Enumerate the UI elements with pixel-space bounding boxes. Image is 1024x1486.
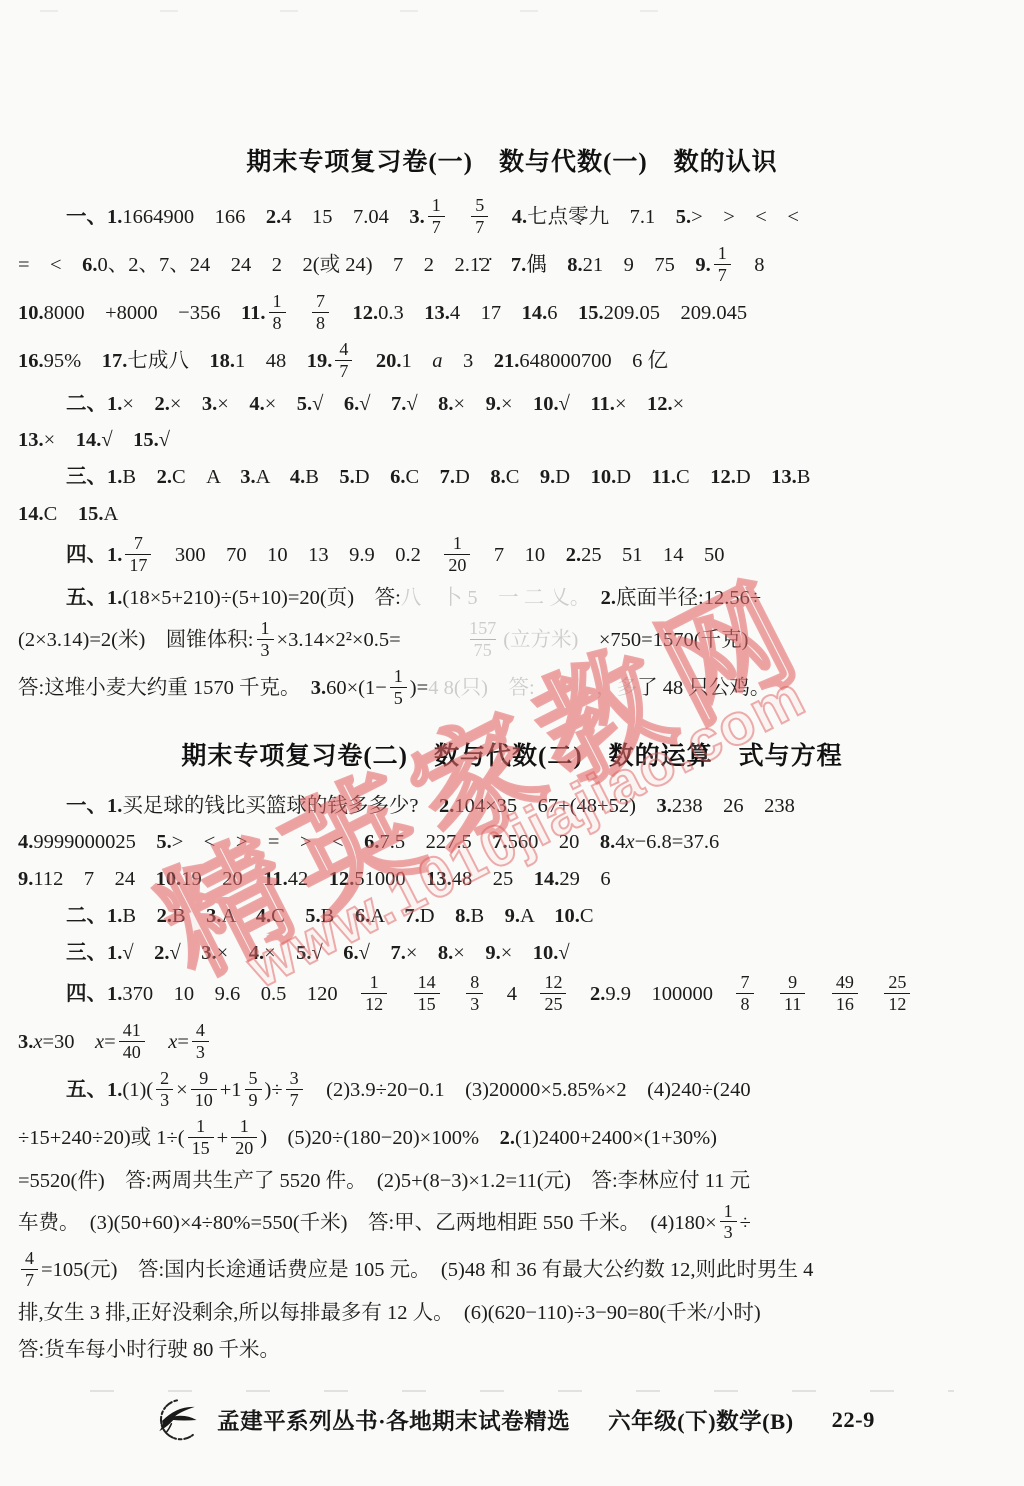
answer-text: = <	[18, 254, 82, 276]
item-number: 5.	[296, 942, 311, 964]
answer-text: ×	[673, 393, 685, 415]
section-title: 期末专项复习卷(二) 数与代数(二) 数的运算 式与方程	[10, 736, 1014, 772]
answer-text: )=	[410, 677, 428, 699]
item-number: 12.	[329, 868, 355, 890]
answer-text: ×	[176, 1079, 188, 1101]
item-number: 16.	[18, 350, 44, 372]
answer-line: 二、1.B 2.B 3.A 4.C 5.B 6.A 7.D 8.B 9.A 10…	[10, 902, 1014, 932]
answer-text: 370 10 9.6 0.5 120	[122, 983, 358, 1005]
item-number: 4.	[290, 466, 305, 488]
answer-text: B	[470, 905, 504, 927]
footer-series: 孟建平系列丛书·各地期末试卷精选	[217, 1404, 570, 1436]
item-number: 7.	[440, 466, 455, 488]
item-number: 2.	[154, 393, 169, 415]
answer-text: 买足球的钱比买篮球的钱多多少?	[122, 795, 439, 817]
answer-text	[332, 302, 353, 324]
fraction: 47	[21, 1249, 38, 1290]
item-number: 6.	[390, 466, 405, 488]
answer-text: √	[312, 942, 344, 964]
answer-text: 4 15 7.04	[281, 206, 409, 228]
item-number: 8.	[490, 466, 505, 488]
answer-text: 112 7 24	[33, 868, 155, 890]
answer-text: ×	[406, 942, 438, 964]
section-title: 期末专项复习卷(一) 数与代数(一) 数的认识	[10, 142, 1014, 178]
item-number: 7.	[511, 254, 526, 276]
item-number: 3.	[201, 942, 216, 964]
answer-text: 4	[615, 831, 625, 853]
answer-text: √	[312, 393, 344, 415]
answer-text: B	[797, 466, 811, 488]
item-number: 6.	[344, 393, 359, 415]
item-number: 9.	[485, 942, 500, 964]
fraction: 115	[188, 1117, 214, 1158]
item-number: 4.	[256, 905, 271, 927]
answer-text: 21 9 75	[583, 254, 696, 276]
item-number: 8.	[567, 254, 582, 276]
answer-text: √	[159, 429, 170, 451]
item-number: 13.	[424, 302, 450, 324]
answer-text: 300 70 10 13 9.9 0.2	[154, 545, 441, 567]
item-number: 12.	[647, 393, 673, 415]
answer-line: 13.× 14.√ 15.√	[10, 426, 1014, 456]
answer-text: C	[506, 466, 540, 488]
answer-text	[861, 983, 882, 1005]
answer-text: D	[555, 466, 590, 488]
answer-text	[569, 983, 590, 1005]
item-number: 3.	[311, 677, 326, 699]
fraction: 17	[714, 244, 731, 285]
scanned-answer-page: { "watermark": { "brand": "精英家教网", "url"…	[0, 0, 1024, 1486]
item-number: 8.	[438, 942, 453, 964]
fraction: 78	[312, 292, 329, 333]
answer-text: A	[370, 905, 404, 927]
item-number: 14.	[534, 868, 560, 890]
item-number: 9.	[486, 393, 501, 415]
answer-text: ×	[454, 393, 486, 415]
answer-text: ×	[501, 942, 533, 964]
item-number: 9.	[18, 868, 33, 890]
item-number: 3.	[240, 466, 255, 488]
answer-text: =5520(件) 答:两周共生产了 5520 件。 (2)5+(8−3)×1.2…	[18, 1170, 750, 1192]
fraction: 112	[361, 973, 387, 1014]
fraction: 83	[466, 973, 483, 1014]
answer-text: ×	[122, 393, 154, 415]
answer-text: 车费。 (3)(50+60)×4÷80%=550(千米) 答:甲、乙两地相距 5…	[18, 1212, 717, 1234]
fraction: 13	[720, 1202, 737, 1243]
answer-text: ) (5)20÷(180−20)×100%	[260, 1127, 499, 1149]
answer-text: (2)3.9÷20−0.1 (3)20000×5.85%×2 (4)240÷(2…	[306, 1079, 751, 1101]
obscured-text: (立方米)	[503, 629, 578, 651]
answer-text	[757, 983, 778, 1005]
answer-line: = < 6.0、2、7、24 24 2 2(或 24) 7 2 2.1̇2̇ 7…	[10, 246, 1014, 287]
answer-text: +1	[220, 1079, 242, 1101]
item-number: 9.	[505, 905, 520, 927]
answer-text: √	[406, 393, 438, 415]
answer-text: B	[172, 905, 206, 927]
answer-text: 0、2、7、24 24 2 2(或 24) 7 2 2.1̇2̇	[98, 254, 511, 276]
answer-text: 104×35 67+(48+52)	[454, 795, 656, 817]
item-number: 7.	[390, 942, 405, 964]
answer-line: 五、1.(18×5+210)÷(5+10)=20(页) 答:八 卜 5 一 二 …	[10, 584, 1014, 614]
answers-content: 期末专项复习卷(一) 数与代数(一) 数的认识一、1.1664900 166 2…	[0, 0, 1024, 1366]
answer-text: A	[256, 466, 290, 488]
fraction: 717	[125, 534, 151, 575]
footer: 孟建平系列丛书·各地期末试卷精选 六年级(下)数学(B) 22-9	[0, 1396, 1024, 1444]
item-number: 2.	[566, 545, 581, 567]
item-number: 四、1.	[66, 545, 122, 567]
item-number: 15.	[133, 429, 159, 451]
fraction: 57	[471, 196, 488, 237]
item-number: 6.	[364, 831, 379, 853]
fraction: 17	[428, 196, 445, 237]
answer-text	[289, 302, 310, 324]
answer-text: D	[736, 466, 771, 488]
item-number: 14.	[18, 503, 44, 525]
answer-text: x	[95, 1031, 104, 1053]
item-number: 2.	[500, 1127, 515, 1149]
answer-line: 4.9999000025 5.> < > = > < 6.7.5 227.5 7…	[10, 828, 1014, 858]
answer-text: 期末专项复习卷(二) 数与代数(二) 数的运算 式与方程	[181, 743, 842, 770]
item-number: 14.	[76, 429, 102, 451]
answer-text: −6.8=37.6	[635, 831, 720, 853]
answer-text: 9999000025	[33, 831, 156, 853]
answer-text: 238 26 238	[672, 795, 795, 817]
answer-text	[390, 983, 411, 1005]
item-number: 5.	[305, 905, 320, 927]
fraction: 120	[444, 534, 470, 575]
item-number: 3.	[409, 206, 424, 228]
footer-grade: 六年级(下)数学(B)	[608, 1404, 793, 1436]
item-number: 10.	[554, 905, 580, 927]
answer-text: √	[101, 429, 133, 451]
answer-line: 9.112 7 24 10.19 20 11.42 12.51000 13.48…	[10, 865, 1014, 895]
obscured-text: 八 卜 5 一 二 乂。	[401, 587, 580, 609]
answer-line: ÷15+240÷20)或 1÷(115+120) (5)20÷(180−20)×…	[10, 1119, 1014, 1160]
item-number: 5.	[339, 466, 354, 488]
item-number: 2.	[439, 795, 454, 817]
answer-text: 排,女生 3 排,正好没剩余,所以每排最多有 12 人。 (6)(620−110…	[18, 1302, 761, 1324]
item-number: 三、1.	[66, 466, 122, 488]
item-number: 10.	[533, 942, 559, 964]
fraction: 1415	[414, 973, 440, 1014]
answer-text: 底面半径:12.56÷	[616, 587, 761, 609]
answer-text: C	[580, 905, 594, 927]
answer-line: 答:这堆小麦大约重 1570 千克。 3.60×(1−15)=4 8(只) 答:…	[10, 669, 1014, 710]
item-number: 11.	[590, 393, 615, 415]
answer-text: C	[676, 466, 710, 488]
answer-text: 7 10	[473, 545, 565, 567]
item-number: 10.	[18, 302, 44, 324]
item-number: 9.	[540, 466, 555, 488]
answer-text: 60×(1−	[326, 677, 387, 699]
item-number: 一、1.	[66, 206, 122, 228]
answer-text: C	[405, 466, 439, 488]
answer-text: A	[222, 905, 256, 927]
answer-line: 一、1.买足球的钱比买篮球的钱多多少? 2.104×35 67+(48+52) …	[10, 792, 1014, 822]
answer-text: 七成八	[127, 350, 209, 372]
item-number: 7.	[391, 393, 406, 415]
answer-text: 19 20	[181, 868, 263, 890]
answer-text: D	[455, 466, 490, 488]
answer-text: ×	[217, 393, 249, 415]
item-number: 2.	[266, 206, 281, 228]
item-number: 8.	[438, 393, 453, 415]
answer-text: 七点零九 7.1	[527, 206, 676, 228]
item-number: 2.	[157, 905, 172, 927]
answer-text: D	[420, 905, 455, 927]
answer-text: 1	[401, 350, 432, 372]
fraction: 59	[245, 1069, 262, 1110]
answer-text: =30	[42, 1031, 95, 1053]
answer-text: ×	[501, 393, 533, 415]
item-number: 四、1.	[66, 983, 122, 1005]
answer-text: 29 6	[559, 868, 610, 890]
answer-text: √	[170, 942, 202, 964]
answer-text: √	[558, 942, 569, 964]
item-number: 2.	[601, 587, 616, 609]
answer-text: (1)2400+2400×(1+30%)	[515, 1127, 717, 1149]
fraction: 4140	[119, 1021, 145, 1062]
answer-text: x	[626, 831, 635, 853]
item-number: 10.	[156, 868, 182, 890]
item-number: 13.	[426, 868, 452, 890]
answer-text: ×	[217, 942, 249, 964]
answer-text: 42	[288, 868, 329, 890]
item-number: 11.	[652, 466, 677, 488]
answer-text: B	[305, 466, 339, 488]
fraction: 1225	[540, 973, 566, 1014]
item-number: 6.	[82, 254, 97, 276]
answer-text: 答:货车每小时行驶 80 千米。	[18, 1339, 280, 1361]
fraction: 4916	[832, 973, 858, 1014]
item-number: 17.	[102, 350, 128, 372]
answer-text: (1)(	[122, 1079, 153, 1101]
fraction: 2512	[884, 973, 910, 1014]
item-number: 2.	[590, 983, 605, 1005]
answer-text: B	[122, 466, 156, 488]
answer-text: 9.9 100000	[605, 983, 733, 1005]
fraction: 910	[191, 1069, 217, 1110]
fraction: 37	[286, 1069, 303, 1110]
item-number: 五、1.	[66, 1079, 122, 1101]
answer-line: =5520(件) 答:两周共生产了 5520 件。 (2)5+(8−3)×1.2…	[10, 1167, 1014, 1197]
fraction: 15	[390, 667, 407, 708]
answer-text: (2×3.14)=2(米) 圆锥体积:	[18, 629, 254, 651]
item-number: 3.	[202, 393, 217, 415]
answer-text: ×	[265, 393, 297, 415]
item-number: 5.	[156, 831, 171, 853]
fraction: 13	[257, 619, 274, 660]
fraction: 23	[156, 1069, 173, 1110]
item-number: 15.	[578, 302, 604, 324]
answer-text: √	[559, 393, 591, 415]
fraction: 43	[192, 1021, 209, 1062]
answer-text: B	[321, 905, 355, 927]
item-number: 7.	[404, 905, 419, 927]
item-number: 18.	[209, 350, 235, 372]
item-number: 2.	[157, 466, 172, 488]
answer-line: 3.x=30 x=4140 x=43	[10, 1023, 1014, 1064]
answer-text: 6	[547, 302, 578, 324]
answer-text: C	[44, 503, 78, 525]
item-number: 10.	[591, 466, 617, 488]
item-number: 二、1.	[66, 393, 122, 415]
answer-text: 1 48	[235, 350, 307, 372]
answer-text: =	[104, 1031, 116, 1053]
answer-line: 10.8000 +8000 −356 11.18 78 12.0.3 13.4 …	[10, 294, 1014, 335]
answer-text: 7.5 227.5	[380, 831, 493, 853]
item-number: 4.	[249, 942, 264, 964]
answer-text	[448, 206, 469, 228]
answer-text: A	[520, 905, 554, 927]
answer-text	[148, 1031, 169, 1053]
answer-text: ÷15+240÷20)或 1÷(	[18, 1127, 185, 1149]
obscured-text: 4 8(只) 答: ，多	[428, 677, 637, 699]
answer-text: 1664900 166	[122, 206, 266, 228]
item-number: 一、1.	[66, 795, 122, 817]
answer-text: 648000700 6 亿	[519, 350, 668, 372]
answer-line: 三、1.B 2.C A 3.A 4.B 5.D 6.C 7.D 8.C 9.D …	[10, 463, 1014, 493]
item-number: 20.	[376, 350, 402, 372]
answer-text: 560 20	[508, 831, 600, 853]
answer-text: 3	[442, 350, 493, 372]
item-number: 6.	[355, 905, 370, 927]
answer-line: 排,女生 3 排,正好没剩余,所以每排最多有 12 人。 (6)(620−110…	[10, 1299, 1014, 1329]
answer-text: D	[355, 466, 390, 488]
fraction: 18	[269, 292, 286, 333]
item-number: 8.	[455, 905, 470, 927]
answer-line: 二、1.× 2.× 3.× 4.× 5.√ 6.√ 7.√ 8.× 9.× 10…	[10, 390, 1014, 420]
answer-text: 4	[486, 983, 537, 1005]
answer-text: ×750=1570(千克)	[578, 629, 748, 651]
item-number: 4.	[249, 393, 264, 415]
answer-text: ×	[615, 393, 647, 415]
answer-line: (2×3.14)=2(米) 圆锥体积:13×3.14×2²×0.5= 15775…	[10, 621, 1014, 662]
fraction: 15775	[465, 619, 500, 660]
item-number: 15.	[78, 503, 104, 525]
answer-text: A	[103, 503, 118, 525]
answer-line: 14.C 15.A	[10, 500, 1014, 530]
answer-text: > > < <	[691, 206, 799, 228]
answer-text: a	[432, 350, 442, 372]
answer-line: 五、1.(1)(23×910+159)÷37 (2)3.9÷20−0.1 (3)…	[10, 1071, 1014, 1112]
item-number: 5.	[676, 206, 691, 228]
item-number: 3.	[656, 795, 671, 817]
answer-text: 期末专项复习卷(一) 数与代数(一) 数的认识	[246, 149, 777, 176]
answer-line: 四、1.717 300 70 10 13 9.9 0.2 120 7 10 2.…	[10, 536, 1014, 577]
fraction: 47	[335, 340, 352, 381]
answer-text: √	[122, 942, 154, 964]
fraction: 78	[736, 973, 753, 1014]
item-number: 13.	[771, 466, 797, 488]
answer-text: 25 51 14 50	[581, 545, 725, 567]
answer-line: 三、1.√ 2.√ 3.× 4.× 5.√ 6.√ 7.× 8.× 9.× 10…	[10, 939, 1014, 969]
answer-text: 8	[734, 254, 765, 276]
item-number: 12.	[353, 302, 379, 324]
item-number: 14.	[522, 302, 548, 324]
item-number: 2.	[154, 942, 169, 964]
answer-text	[491, 206, 512, 228]
item-number: 3.	[18, 1031, 33, 1053]
answer-text: =105(元) 答:国内长途通话费应是 105 元。 (5)48 和 36 有最…	[41, 1260, 813, 1282]
answer-line: 车费。 (3)(50+60)×4÷80%=550(千米) 答:甲、乙两地相距 5…	[10, 1204, 1014, 1245]
answer-text: 偶	[526, 254, 567, 276]
answer-text: ×	[170, 393, 202, 415]
answer-text: 4 17	[450, 302, 522, 324]
answer-text: 209.05 209.045	[604, 302, 748, 324]
answer-line: 16.95% 17.七成八 18.1 48 19.47 20.1 a 3 21.…	[10, 342, 1014, 383]
answer-text: )÷	[265, 1079, 283, 1101]
item-number: 3.	[206, 905, 221, 927]
answer-text: 51000	[354, 868, 426, 890]
answer-text: +	[217, 1127, 229, 1149]
item-number: 21.	[494, 350, 520, 372]
item-number: 二、1.	[66, 905, 122, 927]
fraction: 120	[231, 1117, 257, 1158]
answer-text: B	[122, 905, 156, 927]
item-number: 4.	[18, 831, 33, 853]
answer-text	[808, 983, 829, 1005]
answer-text: 了 48 只公鸡。	[637, 677, 770, 699]
item-number: 8.	[600, 831, 615, 853]
answer-line: 47=105(元) 答:国内长途通话费应是 105 元。 (5)48 和 36 …	[10, 1251, 1014, 1292]
answer-text: √	[359, 942, 391, 964]
answer-text: 48 25	[452, 868, 534, 890]
item-number: 10.	[533, 393, 559, 415]
answer-text: ÷	[740, 1212, 751, 1234]
answer-text: 95%	[44, 350, 102, 372]
answer-text: √	[359, 393, 391, 415]
answer-text: D	[616, 466, 651, 488]
obscured-text	[401, 629, 463, 651]
answer-text: ×	[44, 429, 76, 451]
footer-page-number: 22-9	[832, 1407, 875, 1433]
answer-text: (18×5+210)÷(5+10)=20(页) 答:	[122, 587, 400, 609]
page: 期末专项复习卷(一) 数与代数(一) 数的认识一、1.1664900 166 2…	[0, 0, 1024, 1486]
answer-text: 0.3	[378, 302, 424, 324]
answer-line: 答:货车每小时行驶 80 千米。	[10, 1336, 1014, 1366]
item-number: 19.	[307, 350, 333, 372]
item-number: 五、1.	[66, 587, 122, 609]
answer-line: 四、1.370 10 9.6 0.5 120 112 1415 83 4 122…	[10, 975, 1014, 1016]
item-number: 9.	[695, 254, 710, 276]
item-number: 4.	[512, 206, 527, 228]
answer-text: ×3.14×2²×0.5=	[277, 629, 401, 651]
item-number: 11.	[263, 868, 288, 890]
answer-text	[355, 350, 376, 372]
answer-text: ×	[264, 942, 296, 964]
item-number: 12.	[710, 466, 736, 488]
item-number: 三、1.	[66, 942, 122, 964]
answer-text: C A	[172, 466, 240, 488]
answer-text	[580, 587, 601, 609]
swallow-logo-icon	[149, 1396, 205, 1444]
answer-text	[443, 983, 464, 1005]
answer-text: x	[168, 1031, 177, 1053]
scan-noise-bottom	[90, 1390, 954, 1392]
answer-text: ×	[453, 942, 485, 964]
item-number: 11.	[241, 302, 266, 324]
item-number: 7.	[492, 831, 507, 853]
item-number: 6.	[343, 942, 358, 964]
answer-text: > < > = > <	[172, 831, 364, 853]
answer-text: =	[177, 1031, 189, 1053]
answer-text: 8000 +8000 −356	[44, 302, 241, 324]
item-number: 13.	[18, 429, 44, 451]
fraction: 911	[780, 973, 805, 1014]
answer-text: 答:这堆小麦大约重 1570 千克。	[18, 677, 311, 699]
answer-text: C	[271, 905, 305, 927]
